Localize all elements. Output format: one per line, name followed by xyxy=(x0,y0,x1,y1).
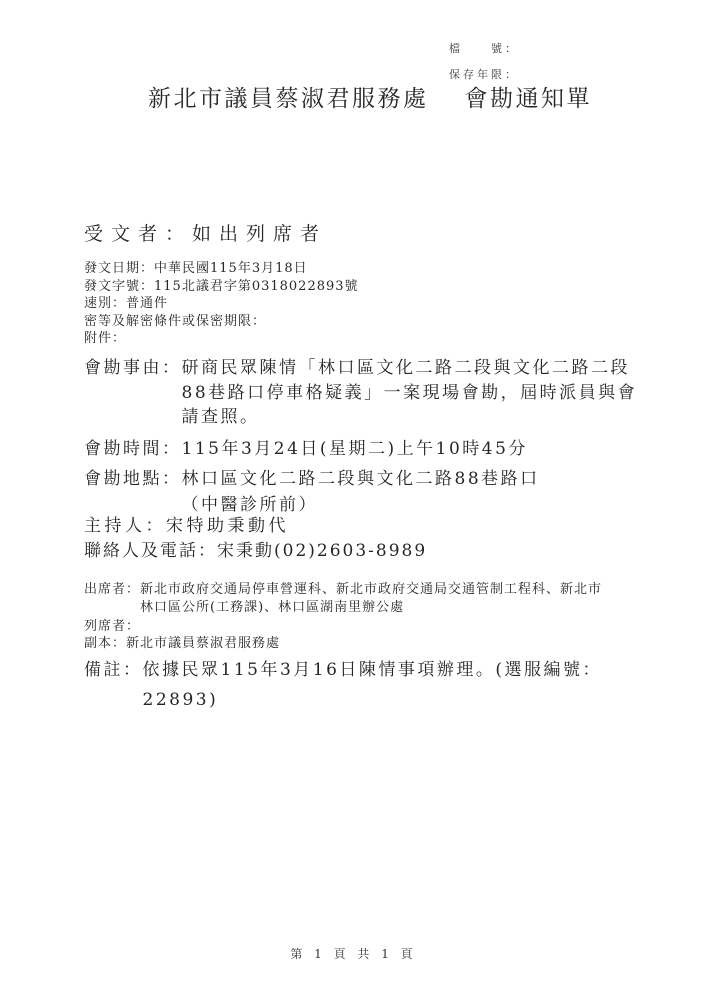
copy-to-value: 新北市議員蔡淑君服務處 xyxy=(126,635,280,653)
field-contact: 聯絡人及電話： 宋秉動(02)2603-8989 xyxy=(84,539,427,564)
remarks-label: 備註： xyxy=(84,655,143,685)
security-label: 密等及解密條件或保密期限： xyxy=(84,313,266,331)
field-observers: 列席者： xyxy=(84,618,140,636)
contact-label: 聯絡人及電話： xyxy=(84,539,217,564)
inspection-time-label: 會勘時間： xyxy=(84,437,182,462)
inspection-location-label: 會勘地點： xyxy=(84,466,182,492)
recipient-value: 如出列席者 xyxy=(192,219,327,246)
attachment-label: 附件： xyxy=(84,330,126,348)
doc-number-value: 115北議君字第0318022893號 xyxy=(154,278,359,296)
issue-date-line: 發文日期： 中華民國115年3月18日 xyxy=(84,260,359,278)
doc-number-label: 發文字號： xyxy=(84,278,154,296)
attachment-line: 附件： xyxy=(84,330,359,348)
file-number-label: 檔 號： xyxy=(449,36,519,62)
title-doc-type: 會勘通知單 xyxy=(465,80,593,113)
meeting-notice-document: 檔 號： 保存年限： 新北市議員蔡淑君服務處 會勘通知單 受文者： 如出列席者 … xyxy=(0,0,707,1000)
attendees-value: 新北市政府交通局停車營運科、新北市政府交通局交通管制工程科、新北市 林口區公所(… xyxy=(140,581,602,616)
attendees-label: 出席者： xyxy=(84,581,140,599)
issue-date-value: 中華民國115年3月18日 xyxy=(154,260,308,278)
field-inspection-location: 會勘地點： 林口區文化二路二段與文化二路88巷路口 （中醫診所前） xyxy=(84,466,540,518)
contact-value: 宋秉動(02)2603-8989 xyxy=(217,539,427,564)
field-subject: 會勘事由： 研商民眾陳情「林口區文化二路二段與文化二路二段 88巷路口停車格疑義… xyxy=(84,356,637,430)
field-recipient: 受文者： 如出列席者 xyxy=(84,219,327,246)
inspection-time-value: 115年3月24日(星期二)上午10時45分 xyxy=(182,437,528,462)
field-attendees: 出席者： 新北市政府交通局停車營運科、新北市政府交通局交通管制工程科、新北市 林… xyxy=(84,581,602,616)
remarks-value: 依據民眾115年3月16日陳情事項辦理。(選服編號： 22893) xyxy=(143,655,603,715)
title-office-name: 新北市議員蔡淑君服務處 xyxy=(148,80,429,113)
field-remarks: 備註： 依據民眾115年3月16日陳情事項辦理。(選服編號： 22893) xyxy=(84,655,602,715)
speed-label: 速別： xyxy=(84,295,126,313)
host-value: 宋特助秉動代 xyxy=(166,514,289,539)
field-host: 主持人： 宋特助秉動代 xyxy=(84,514,289,539)
document-title: 新北市議員蔡淑君服務處 會勘通知單 xyxy=(148,80,592,113)
recipient-label: 受文者： xyxy=(84,219,192,246)
subject-label: 會勘事由： xyxy=(84,356,182,381)
speed-line: 速別： 普通件 xyxy=(84,295,359,313)
field-inspection-time: 會勘時間： 115年3月24日(星期二)上午10時45分 xyxy=(84,437,528,462)
inspection-location-value: 林口區文化二路二段與文化二路88巷路口 （中醫診所前） xyxy=(182,466,540,518)
subject-value: 研商民眾陳情「林口區文化二路二段與文化二路二段 88巷路口停車格疑義」一案現場會… xyxy=(182,356,638,430)
issue-date-label: 發文日期： xyxy=(84,260,154,278)
host-label: 主持人： xyxy=(84,514,166,539)
document-meta-block: 發文日期： 中華民國115年3月18日 發文字號： 115北議君字第031802… xyxy=(84,260,359,348)
security-line: 密等及解密條件或保密期限： xyxy=(84,313,359,331)
observers-label: 列席者： xyxy=(84,618,140,636)
speed-value: 普通件 xyxy=(126,295,168,313)
copy-to-label: 副本： xyxy=(84,635,126,653)
page-number-footer: 第 1 頁 共 1 頁 xyxy=(0,945,707,962)
field-copy-to: 副本： 新北市議員蔡淑君服務處 xyxy=(84,635,280,653)
doc-number-line: 發文字號： 115北議君字第0318022893號 xyxy=(84,278,359,296)
